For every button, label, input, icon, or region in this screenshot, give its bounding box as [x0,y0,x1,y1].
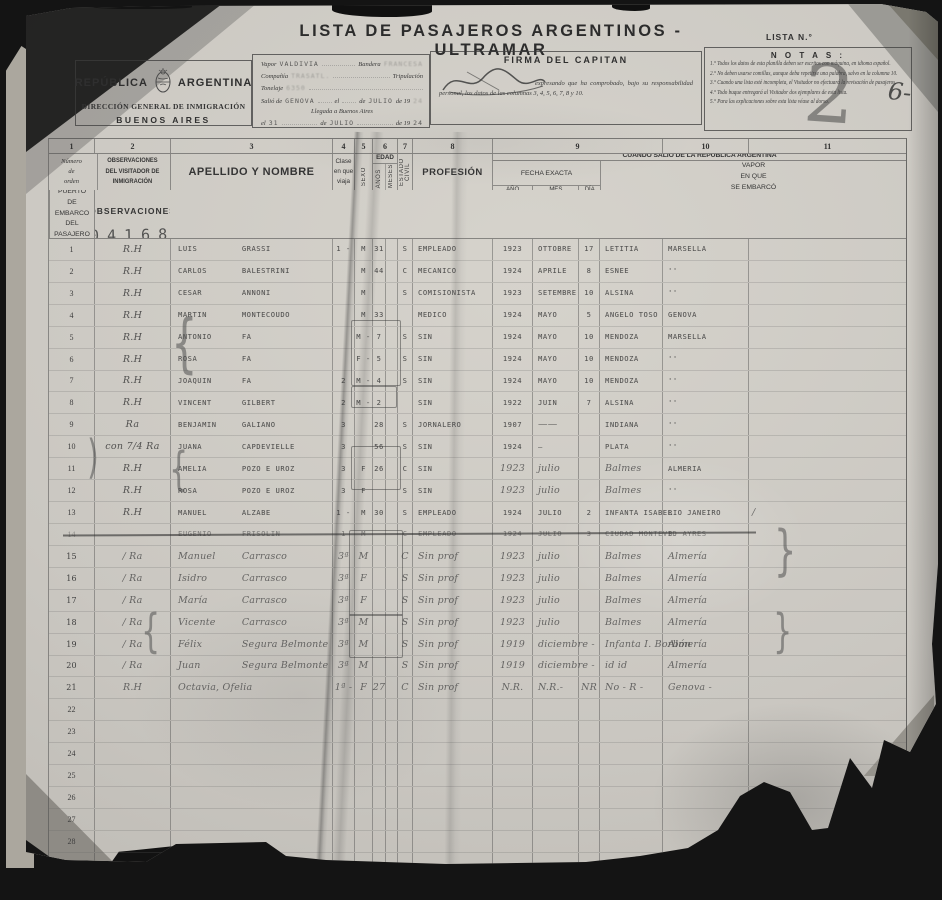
passenger-first-name: Vicente [171,617,216,628]
cell-n: 5 [49,327,94,348]
table-row: 26 [49,787,906,809]
col-number: 8 [412,139,492,153]
cell-vapor: CIUDAD MONTEVID [599,524,662,545]
handwritten-brace-rows-19-20: { [141,608,160,654]
cell-name [170,809,332,830]
cell-vapor [599,743,662,764]
cell-anos: 7 [372,327,385,348]
cell-mes: JULIO [532,524,578,545]
cell-ano: 1924 [492,371,532,392]
de19-label: de 19 [396,98,410,105]
cell-meses [385,787,397,808]
cell-anos [372,283,385,304]
scan-ink-blob [332,4,432,17]
cell-civil: S [397,436,412,457]
cell-civil: S [397,349,412,370]
cell-meses [385,590,397,611]
cell-vapor: Balmes [599,568,662,589]
cell-ano: 1922 [492,392,532,413]
cell-mes: diciembre - [532,656,578,677]
cell-puerto: ALMERIA [662,458,748,479]
cell-vapor: MENDOZA [599,371,662,392]
cell-civil: C [397,546,412,567]
table-row: 29 [49,853,906,875]
cell-obs: R.H [94,327,170,348]
cell-sexo [354,853,372,874]
cell-vapor: Balmes [599,458,662,479]
cell-meses [385,305,397,326]
cell-prof [412,765,492,786]
cell-ano: 1919 [492,656,532,677]
cell-sexo [354,875,372,896]
cell-anos [372,546,385,567]
cell-civil [397,392,412,413]
passenger-surname: FA [242,377,252,385]
header-puerto-embarco: PUERTO DE EMBARCO DEL PASAJERO [49,190,94,238]
cell-n: 23 [49,721,94,742]
cell-sexo: M - [354,327,372,348]
cell-sexo: M [354,634,372,655]
cell-vapor: ALSINA [599,283,662,304]
cell-obs: R.H [94,502,170,523]
cell-meses [385,612,397,633]
passenger-table: 1 2 3 4 5 6 7 8 9 10 11 Número de orden … [48,138,907,897]
cell-mes: julio [532,590,578,611]
cell-x11 [748,853,906,874]
cell-civil [397,853,412,874]
cell-civil: S [397,656,412,677]
cell-ano [492,743,532,764]
cell-obs [94,809,170,830]
cell-obs: R.H [94,392,170,413]
cell-prof: SIN [412,458,492,479]
cell-meses [385,546,397,567]
handwritten-brace-rows-11-12: { [169,446,188,492]
cell-civil [397,743,412,764]
header-edad-label: EDAD [373,154,397,164]
cell-prof: SIN [412,371,492,392]
cell-dia [578,787,599,808]
col-number: 4 [332,139,354,153]
table-row: 8R.HVINCENTGILBERT2M -2SIN1922JUIN7ALSIN… [49,392,906,414]
cell-prof [412,853,492,874]
cell-n: 7 [49,371,94,392]
cell-sexo: F [354,458,372,479]
header-estado-civil: ESTADO CIVIL [397,154,412,190]
cell-obs: Ra [94,414,170,435]
cell-mes: julio [532,458,578,479]
cell-obs [94,699,170,720]
cell-vapor: ALSINA [599,392,662,413]
argentina-label: ARGENTINA [178,77,252,89]
cell-x11 [748,392,906,413]
cell-vapor: Balmes [599,546,662,567]
cell-n: 20 [49,656,94,677]
cell-obs: con 7/4 Ra [94,436,170,457]
cell-mes [532,875,578,896]
cell-clase: 3ª [332,568,354,589]
cell-clase [332,743,354,764]
handwritten-paren-rows-10-11: ) [87,434,99,480]
cell-clase [332,327,354,348]
cell-n: 21 [49,677,94,698]
table-row: 24 [49,743,906,765]
col-number: 10 [662,139,748,153]
passenger-surname: Carrasco [242,617,287,628]
tonelaje-label: Tonelaje [261,85,283,92]
salio-de-label: Salió de [261,98,282,105]
cell-obs [94,743,170,764]
cell-dia [578,699,599,720]
cell-n: 4 [49,305,94,326]
cell-mes: MAYO [532,305,578,326]
cell-clase: 1 - [332,502,354,523]
table-row: 27 [49,809,906,831]
cell-puerto: Almería [662,546,748,567]
cell-puerto: '' [662,349,748,370]
cell-meses [385,283,397,304]
cell-puerto [662,875,748,896]
cell-sexo: M [354,502,372,523]
cell-clase: 2 [332,371,354,392]
cell-sexo: F [354,568,372,589]
cell-sexo: M [354,283,372,304]
cell-clase [332,809,354,830]
cell-dia [578,875,599,896]
vapor-label: Vapor [261,61,277,68]
cell-ano: 1923 [492,458,532,479]
cell-obs [94,524,170,545]
cell-civil [397,875,412,896]
cell-x11 [748,875,906,896]
passenger-first-name: EUGENIO [171,530,212,538]
cell-civil: C [397,261,412,282]
document-page: LISTA DE PASAJEROS ARGENTINOS - ULTRAMAR… [26,4,938,870]
passenger-surname: ANNONI [242,289,271,297]
cell-clase [332,305,354,326]
cell-prof: Sin prof [412,656,492,677]
cell-prof: MECANICO [412,261,492,282]
cell-clase: 2 [332,392,354,413]
cell-meses [385,765,397,786]
cell-anos [372,875,385,896]
cell-clase: 1 [332,524,354,545]
cell-vapor [599,787,662,808]
cell-sexo: M [354,261,372,282]
cell-civil: S [397,283,412,304]
compania-value: TRASATL. [291,72,330,80]
cell-x11 [748,283,906,304]
passenger-surname: FA [242,355,252,363]
cell-vapor: No - R - [599,677,662,698]
cell-dia: 10 [578,283,599,304]
cell-name: ManuelCarrasco [170,546,332,567]
header-anos: AÑOS [373,164,385,190]
cell-meses [385,261,397,282]
cell-x11 [748,743,906,764]
cell-vapor [599,831,662,852]
right-edge-shadow [908,4,938,870]
cell-anos: 4 [372,371,385,392]
ship-details-box: Vapor VALDIVIA Bandera FRANCESA Compañía… [252,54,430,128]
cell-n: 8 [49,392,94,413]
cell-civil [397,721,412,742]
table-row: 9RaBENJAMINGALIANO328SJORNALERO1907——IND… [49,414,906,436]
table-row: 20∕ RaJuanSegura Belmonte3ªMSSin prof191… [49,656,906,678]
compania-label: Compañía [261,73,288,80]
cell-clase [332,349,354,370]
cell-civil: S [397,371,412,392]
cell-n: 1 [49,239,94,260]
cell-vapor [599,721,662,742]
cell-civil [397,305,412,326]
el-label: el [335,98,340,105]
cell-mes: julio [532,612,578,633]
passenger-first-name: VINCENT [171,399,212,407]
firma-title: FIRMA DEL CAPITAN [439,55,693,65]
cell-anos [372,612,385,633]
cell-meses [385,349,397,370]
cell-obs [94,787,170,808]
cell-vapor: LETITIA [599,239,662,260]
cell-n: 25 [49,765,94,786]
cell-prof: SIN [412,327,492,348]
buenos-aires-label: BUENOS AIRES [76,115,251,125]
col-number: 9 [492,139,662,153]
cell-puerto [662,765,748,786]
cell-anos: 27 [372,677,385,698]
cell-puerto: '' [662,261,748,282]
cell-obs: ∕ Ra [94,568,170,589]
vapor-value: VALDIVIA [280,60,319,68]
passenger-first-name: Isidro [171,573,207,584]
table-row: 2R.HCARLOSBALESTRINIM44CMECANICO1924APRI… [49,261,906,283]
cell-mes: N.R.- [532,677,578,698]
cell-x11 [748,568,906,589]
issuing-authority-box: REPÚBLICA ARGENTINA DIRECCIÓN GENERAL DE… [75,60,252,126]
cell-civil [397,699,412,720]
cell-x11 [748,590,906,611]
passenger-first-name: Félix [171,639,202,650]
cell-clase [332,765,354,786]
cell-vapor: MENDOZA [599,327,662,348]
cell-obs [94,853,170,874]
cell-sexo: F [354,590,372,611]
cell-mes [532,699,578,720]
cell-meses [385,875,397,896]
cell-n: 26 [49,787,94,808]
cell-meses [385,853,397,874]
cell-prof: SIN [412,349,492,370]
cell-anos [372,721,385,742]
cell-meses [385,458,397,479]
cell-meses [385,743,397,764]
cell-meses [385,677,397,698]
cell-dia [578,809,599,830]
cell-x11 [748,787,906,808]
cell-civil: S [397,502,412,523]
col-number: 5 [354,139,372,153]
cell-obs: R.H [94,349,170,370]
table-row: 21R.HOctavia, Ofelia1ª -F27CSin profN.R.… [49,677,906,699]
cell-civil [397,787,412,808]
cell-mes [532,809,578,830]
cell-meses [385,831,397,852]
passenger-surname: MONTECOUDO [242,311,290,319]
cell-clase: 3ª [332,590,354,611]
cell-mes: OTTOBRE [532,239,578,260]
handwritten-corner-note: 6- [887,77,913,107]
cell-mes [532,765,578,786]
cell-civil: C [397,524,412,545]
salio-month-value: JULIO [368,97,393,105]
cell-prof: Sin prof [412,677,492,698]
table-row: 23 [49,721,906,743]
cell-puerto: Almería [662,590,748,611]
cell-puerto: MARSELLA [662,327,748,348]
cell-dia: 17 [578,239,599,260]
cell-mes: MAYO [532,349,578,370]
passenger-surname: CAPDEVIELLE [242,443,295,451]
cell-puerto: B. AYRES [662,524,748,545]
table-row: 1R.HLUISGRASSI1 -M31SEMPLEADO1923OTTOBRE… [49,239,906,261]
cell-civil [397,831,412,852]
cell-dia: 3 [578,524,599,545]
passenger-surname: GRASSI [242,245,271,253]
cell-mes [532,721,578,742]
cell-name: IsidroCarrasco [170,568,332,589]
cell-x11 [748,634,906,655]
header-vapor-embarco: VAPOR EN QUE SE EMBARCÓ [601,161,906,190]
cell-puerto: GENOVA [662,305,748,326]
cell-sexo [354,699,372,720]
cell-puerto [662,831,748,852]
cell-ano [492,721,532,742]
cell-puerto [662,699,748,720]
cell-vapor [599,875,662,896]
passenger-first-name: BENJAMIN [171,421,217,429]
cell-anos: 31 [372,239,385,260]
cell-meses [385,524,397,545]
cell-ano [492,875,532,896]
cell-ano: 1923 [492,546,532,567]
cell-ano: 1923 [492,590,532,611]
cell-meses [385,392,397,413]
llegada-label: Llegada a Buenos Aires [311,108,373,115]
cell-civil: S [397,414,412,435]
cell-puerto: MARSELLA [662,239,748,260]
cell-puerto [662,721,748,742]
cell-x11 [748,831,906,852]
cell-dia [578,634,599,655]
cell-dia: 10 [578,327,599,348]
table-header-row: Número de orden OBSERVACIONES DEL VISITA… [49,154,906,239]
cell-puerto: '' [662,436,748,457]
cell-name: AMELIAPOZO E UROZ [170,458,332,479]
header-clase: Clase en que viaja [332,154,354,190]
cell-prof: SIN [412,480,492,501]
header-profesion: PROFESIÓN [412,154,492,190]
cell-puerto: '' [662,371,748,392]
cell-ano [492,699,532,720]
cell-vapor: ESNEE [599,261,662,282]
cell-obs: R.H [94,371,170,392]
llegada-day-value: 31 [269,119,279,127]
cell-prof: Sin prof [412,612,492,633]
cell-prof: JORNALERO [412,414,492,435]
cell-prof: Sin prof [412,590,492,611]
cell-anos [372,699,385,720]
salio-de-value: GENOVA [285,97,314,105]
cell-puerto: Almería [662,656,748,677]
column-number-row: 1 2 3 4 5 6 7 8 9 10 11 [49,139,906,154]
cell-obs: ∕ Ra [94,546,170,567]
cell-anos: 56 [372,436,385,457]
cell-name: LUISGRASSI [170,239,332,260]
cell-meses [385,502,397,523]
cell-sexo: M [354,524,372,545]
cell-ano: 1923 [492,239,532,260]
scan-ink-blob [92,4,192,9]
cell-vapor [599,699,662,720]
passenger-surname: Carrasco [242,595,287,606]
cell-clase: 3 [332,436,354,457]
cell-mes: diciembre - [532,634,578,655]
passenger-first-name: Manuel [171,551,216,562]
cell-obs [94,875,170,896]
cell-clase: 1ª - [332,677,354,698]
direccion-general-label: DIRECCIÓN GENERAL DE INMIGRACIÓN [76,102,251,111]
cell-ano: 1919 [492,634,532,655]
cell-dia [578,656,599,677]
cell-sexo: M [354,546,372,567]
cell-mes: JUIN [532,392,578,413]
cell-anos [372,787,385,808]
cell-vapor: PLATA [599,436,662,457]
cell-prof: Sin prof [412,568,492,589]
cell-anos [372,590,385,611]
cell-prof: SIN [412,392,492,413]
cell-clase: 3ª [332,546,354,567]
cell-n: 19 [49,634,94,655]
cell-dia [578,743,599,764]
cell-n: 22 [49,699,94,720]
passenger-surname: Carrasco [242,551,287,562]
cell-anos [372,743,385,764]
cell-prof: SIN [412,436,492,457]
cell-n: 16 [49,568,94,589]
passenger-surname: POZO E UROZ [242,487,295,495]
cell-obs: R.H [94,261,170,282]
cell-x11 [748,480,906,501]
cell-civil [397,809,412,830]
cell-clase [332,261,354,282]
llegada-de-label: de [320,120,326,127]
cell-vapor [599,853,662,874]
cell-name [170,743,332,764]
col-number: 7 [397,139,412,153]
cell-vapor: INFANTA ISABEL [599,502,662,523]
cell-ano [492,853,532,874]
cell-anos [372,634,385,655]
cell-sexo: F [354,480,372,501]
cell-ano [492,831,532,852]
cell-x11 [748,327,906,348]
passenger-surname: ALZABE [242,509,271,517]
cell-dia [578,831,599,852]
passenger-surname: GALIANO [242,421,276,429]
cell-sexo [354,787,372,808]
